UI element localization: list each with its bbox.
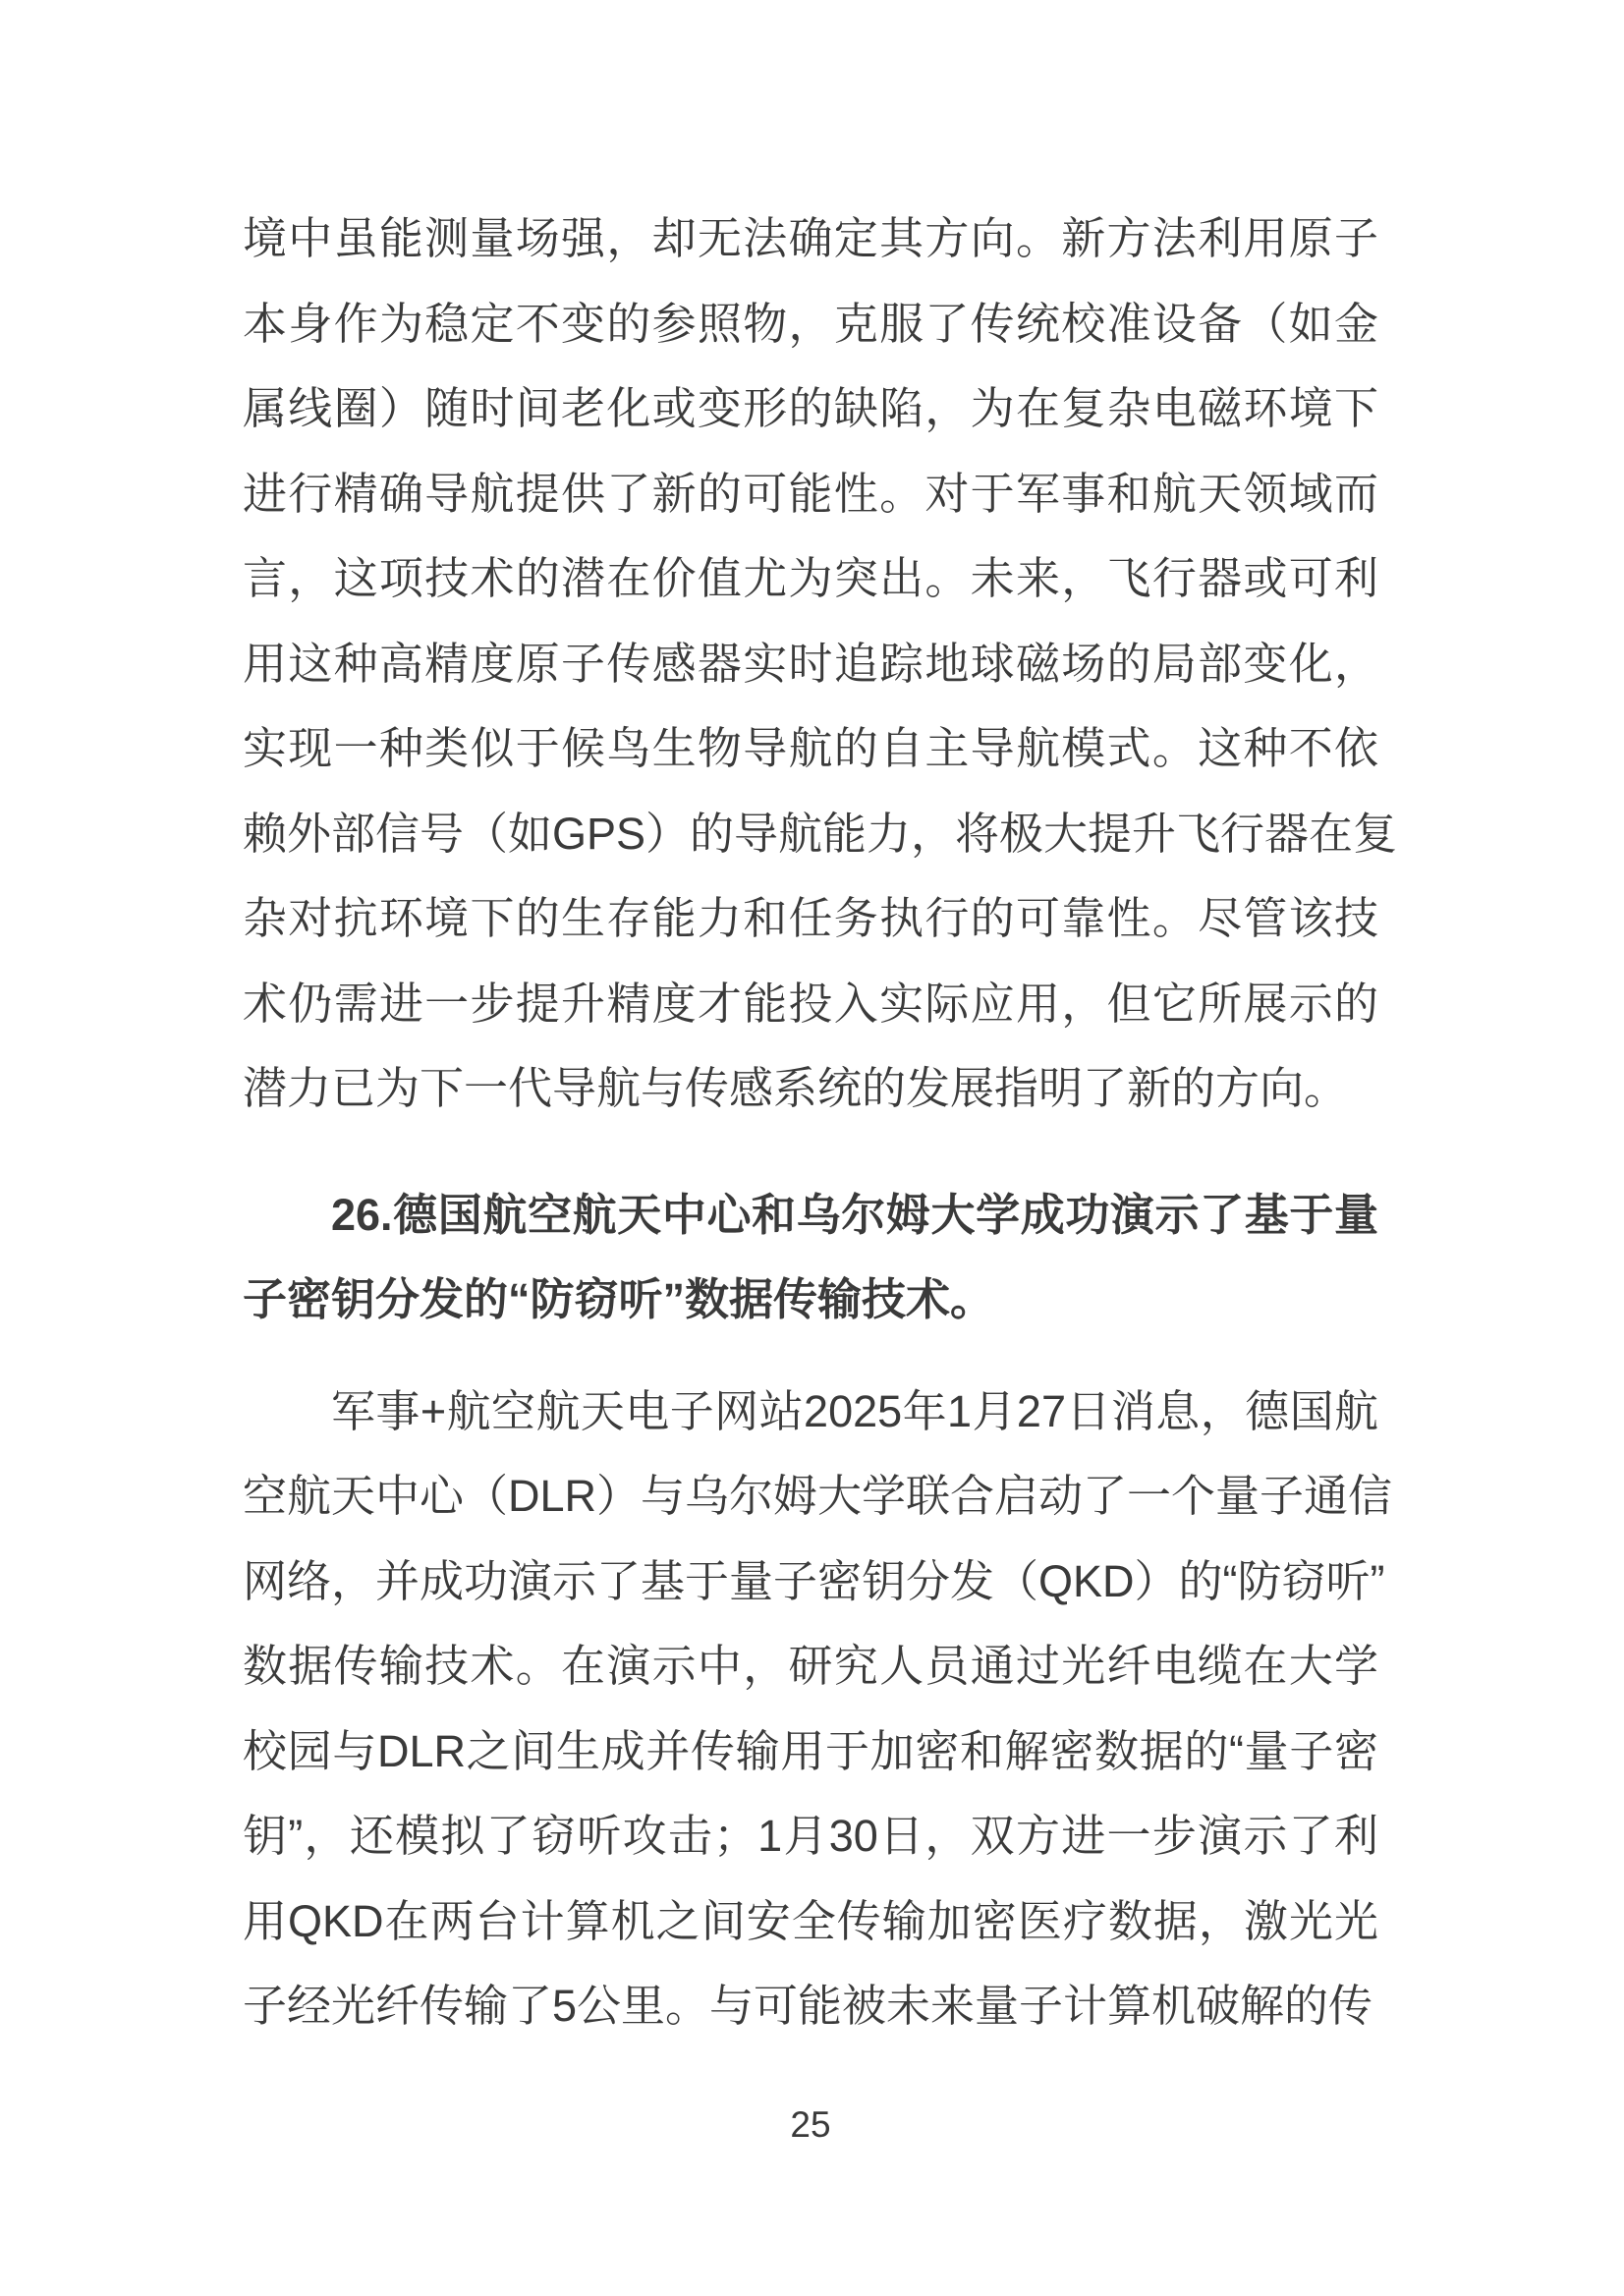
heading-line: 子密钥分发的“防窃听”数据传输技术。 — [243, 1258, 1378, 1343]
text-line: 军事+航空航天电子网站2025年1月27日消息，德国航 — [243, 1370, 1378, 1455]
text-line: 用这种高精度原子传感器实时追踪地球磁场的局部变化， — [243, 622, 1378, 707]
text-line: 属线圈）随时间老化或变形的缺陷，为在复杂电磁环境下 — [243, 366, 1378, 452]
text-line: 境中虽能测量场强，却无法确定其方向。新方法利用原子 — [243, 196, 1378, 282]
text-line: 进行精确导航提供了新的可能性。对于军事和航天领域而 — [243, 452, 1378, 537]
text-line: 空航天中心（DLR）与乌尔姆大学联合启动了一个量子通信 — [243, 1454, 1378, 1540]
text-line: 实现一种类似于候鸟生物导航的自主导航模式。这种不依 — [243, 706, 1378, 792]
text-line: 本身作为稳定不变的参照物，克服了传统校准设备（如金 — [243, 282, 1378, 367]
text-line: 杂对抗环境下的生存能力和任务执行的可靠性。尽管该技 — [243, 876, 1378, 962]
text-line: 术仍需进一步提升精度才能投入实际应用，但它所展示的 — [243, 962, 1378, 1047]
text-line: 潜力已为下一代导航与传感系统的发展指明了新的方向。 — [243, 1046, 1378, 1132]
text-line: 钥”，还模拟了窃听攻击；1月30日，双方进一步演示了利 — [243, 1794, 1378, 1879]
heading-line: 26.德国航空航天中心和乌尔姆大学成功演示了基于量 — [243, 1173, 1378, 1259]
text-line: 子经光纤传输了5公里。与可能被未来量子计算机破解的传 — [243, 1964, 1378, 2049]
text-line: 用QKD在两台计算机之间安全传输加密医疗数据，激光光 — [243, 1879, 1378, 1965]
page-body-text: 境中虽能测量场强，却无法确定其方向。新方法利用原子 本身作为稳定不变的参照物，克… — [243, 196, 1378, 2049]
text-line: 网络，并成功演示了基于量子密钥分发（QKD）的“防窃听” — [243, 1540, 1378, 1625]
text-line: 赖外部信号（如GPS）的导航能力，将极大提升飞行器在复 — [243, 792, 1378, 877]
text-line: 数据传输技术。在演示中，研究人员通过光纤电缆在大学 — [243, 1624, 1378, 1709]
text-line: 言，这项技术的潜在价值尤为突出。未来，飞行器或可利 — [243, 536, 1378, 622]
document-page: 境中虽能测量场强，却无法确定其方向。新方法利用原子 本身作为稳定不变的参照物，克… — [0, 0, 1624, 2296]
paragraph-atomic-magnetometer: 境中虽能测量场强，却无法确定其方向。新方法利用原子 本身作为稳定不变的参照物，克… — [243, 196, 1378, 1132]
section-heading-26: 26.德国航空航天中心和乌尔姆大学成功演示了基于量 子密钥分发的“防窃听”数据传… — [243, 1173, 1378, 1343]
paragraph-qkd-demo: 军事+航空航天电子网站2025年1月27日消息，德国航 空航天中心（DLR）与乌… — [243, 1370, 1378, 2049]
page-number: 25 — [243, 2103, 1378, 2147]
text-line: 校园与DLR之间生成并传输用于加密和解密数据的“量子密 — [243, 1709, 1378, 1795]
